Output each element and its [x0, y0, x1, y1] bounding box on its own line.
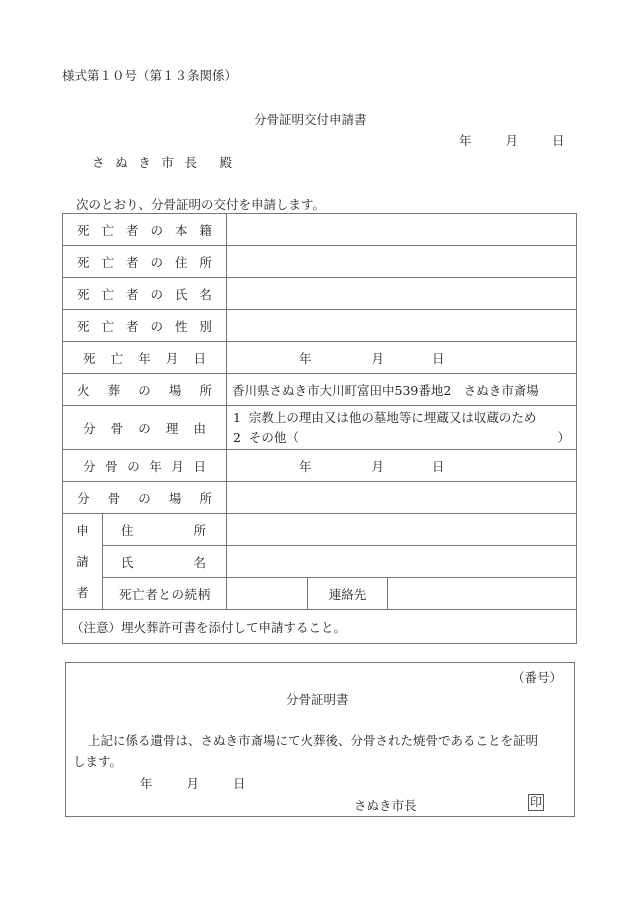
month-label: 月: [372, 457, 385, 475]
field-label-honseki: 死亡者の本籍: [77, 221, 212, 239]
field-value-death-date[interactable]: 年 月 日: [227, 342, 577, 374]
reason-option-2-label: 2 その他（: [233, 428, 299, 448]
certificate-body-line1: 上記に係る遺骨は、さぬき市斎場にて火葬後、分骨された焼骨であることを証明: [88, 731, 538, 749]
certificate-box: （番号） 分骨証明書 上記に係る遺骨は、さぬき市斎場にて火葬後、分骨された焼骨で…: [65, 662, 575, 817]
field-value-bunkotsu-date[interactable]: 年 月 日: [227, 450, 577, 482]
reason-option-2[interactable]: 2 その他（ ）: [233, 428, 576, 448]
certificate-body-line2: します。: [73, 752, 122, 770]
table-row: 死亡者の本籍: [63, 214, 577, 246]
field-value-address[interactable]: [227, 246, 577, 278]
certificate-number-label: （番号）: [512, 668, 562, 686]
day-label: 日: [552, 133, 565, 148]
field-value-reason[interactable]: 1 宗教上の理由又は他の墓地等に埋蔵又は収蔵のため 2 その他（ ）: [227, 406, 577, 450]
application-form-table: 死亡者の本籍 死亡者の住所 死亡者の氏名 死亡者の性別 死亡年月日 年 月 日 …: [62, 213, 577, 644]
month-label: 月: [505, 133, 518, 148]
year-label: 年: [459, 133, 472, 148]
field-label-bunkotsu-date: 分骨の年月日: [83, 457, 206, 475]
applicant-name-value[interactable]: [227, 546, 577, 578]
field-label-address: 死亡者の住所: [77, 253, 212, 271]
table-row: 死亡者の性別: [63, 310, 577, 342]
applicant-address-label: 住 所: [121, 521, 206, 539]
reason-option-2-close: ）: [558, 428, 571, 448]
year-label: 年: [299, 457, 312, 475]
month-label: 月: [186, 776, 199, 791]
field-value-honseki[interactable]: [227, 214, 577, 246]
applicant-relation-label: 死亡者との続柄: [103, 578, 227, 610]
table-row: 分骨の場所: [63, 482, 577, 514]
field-label-cremation-place: 火葬の場所: [77, 381, 212, 399]
table-row: 死亡者の氏名: [63, 278, 577, 310]
addressee-name: さぬき市長: [92, 155, 208, 170]
addressee: さぬき市長 殿: [92, 153, 232, 171]
table-row: 死亡者との続柄 連絡先: [63, 578, 577, 610]
field-label-sex: 死亡者の性別: [77, 317, 212, 335]
day-label: 日: [233, 776, 246, 791]
field-value-sex[interactable]: [227, 310, 577, 342]
day-label: 日: [432, 349, 445, 367]
applicant-group-label: 申 請 者: [63, 514, 103, 610]
field-value-bunkotsu-place[interactable]: [227, 482, 577, 514]
intro-text: 次のとおり、分骨証明の交付を申請します。: [76, 195, 325, 213]
certificate-issuer: さぬき市長: [354, 796, 417, 814]
seal-mark: 印: [528, 794, 544, 811]
month-label: 月: [372, 349, 385, 367]
page-title: 分骨証明交付申請書: [254, 110, 367, 128]
table-row: 分骨の年月日 年 月 日: [63, 450, 577, 482]
year-label: 年: [299, 349, 312, 367]
field-value-cremation-place[interactable]: 香川県さぬき市大川町富田中539番地2 さぬき市斎場: [227, 374, 577, 406]
applicant-relation-value[interactable]: [227, 578, 308, 610]
table-row: 氏 名: [63, 546, 577, 578]
certificate-title: 分骨証明書: [286, 690, 349, 708]
table-row: 分骨の理由 1 宗教上の理由又は他の墓地等に埋蔵又は収蔵のため 2 その他（ ）: [63, 406, 577, 450]
table-row: 死亡年月日 年 月 日: [63, 342, 577, 374]
field-value-name[interactable]: [227, 278, 577, 310]
table-row: 申 請 者 住 所: [63, 514, 577, 546]
applicant-contact-value[interactable]: [388, 578, 577, 610]
reason-option-1[interactable]: 1 宗教上の理由又は他の墓地等に埋蔵又は収蔵のため: [233, 408, 576, 428]
day-label: 日: [432, 457, 445, 475]
application-date: 年 月 日: [459, 131, 564, 149]
note-text: （注意）埋火葬許可書を添付して申請すること。: [63, 610, 577, 644]
table-row: 火葬の場所 香川県さぬき市大川町富田中539番地2 さぬき市斎場: [63, 374, 577, 406]
honorific: 殿: [220, 155, 233, 170]
table-row: （注意）埋火葬許可書を添付して申請すること。: [63, 610, 577, 644]
table-row: 死亡者の住所: [63, 246, 577, 278]
applicant-contact-label: 連絡先: [308, 578, 388, 610]
field-label-reason: 分骨の理由: [83, 419, 206, 437]
applicant-address-value[interactable]: [227, 514, 577, 546]
applicant-name-label: 氏 名: [121, 553, 206, 571]
certificate-date: 年 月 日: [140, 774, 245, 792]
form-number: 様式第１０号（第１３条関係）: [62, 66, 237, 84]
seal-icon: 印: [528, 794, 544, 811]
field-label-name: 死亡者の氏名: [77, 285, 212, 303]
field-label-death-date: 死亡年月日: [83, 349, 206, 367]
year-label: 年: [140, 776, 153, 791]
field-label-bunkotsu-place: 分骨の場所: [77, 489, 212, 507]
